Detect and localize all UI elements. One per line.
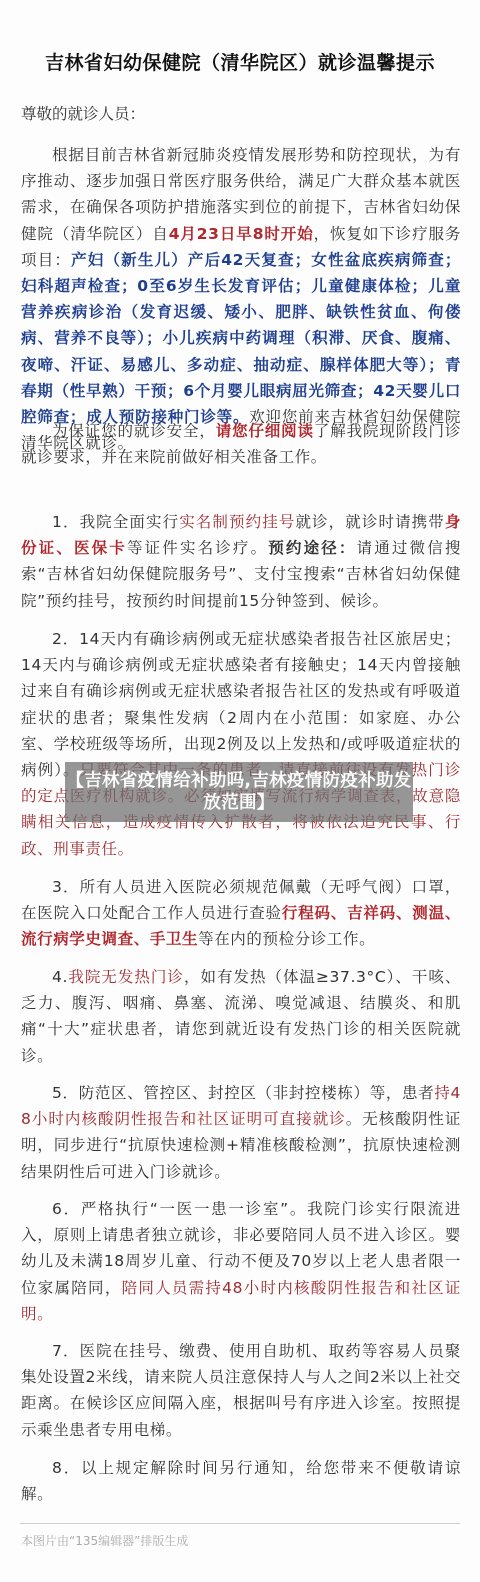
- document-title: 吉林省妇幼保健院（清华院区）就诊温馨提示: [0, 48, 480, 75]
- item-8: 8．以上规定解除时间另行通知，给您带来不便敬请谅解。: [21, 1455, 461, 1507]
- reopen-date-highlight: 4月23日早8时开始: [169, 225, 314, 243]
- booking-channel-label: 预约途径：: [268, 539, 356, 557]
- item-2-text: 2．14天内有确诊病例或无症状感染者报告社区旅居史；14天内与确诊病例或无症状感…: [21, 630, 461, 779]
- item-1-text-2: 就诊，就诊时请携带: [295, 513, 444, 531]
- no-fever-clinic-highlight: 我院无发热门诊: [68, 968, 184, 986]
- realname-registration-highlight: 实名制预约挂号: [179, 513, 295, 531]
- footer-divider: [20, 1523, 460, 1524]
- item-1-text: 1．我院全面实行: [52, 513, 179, 531]
- item-4-number: 4.: [52, 968, 68, 986]
- item-3: 3．所有人员进入医院必须规范佩戴（无呼气阀）口罩，在医院入口处配合工作人员进行查…: [21, 874, 461, 953]
- safety-text: 为保证您的就诊安全，: [52, 422, 216, 440]
- read-carefully-highlight: 请您仔细阅读: [216, 422, 314, 440]
- item-2: 2．14天内有确诊病例或无症状感染者报告社区旅居史；14天内与确诊病例或无症状感…: [21, 626, 461, 862]
- item-1: 1．我院全面实行实名制预约挂号就诊，就诊时请携带身份证、医保卡等证件实名诊疗。预…: [21, 509, 461, 614]
- item-4: 4.我院无发热门诊，如有发热（体温≥37.3°C）、干咳、乏力、腹泻、咽痛、鼻塞…: [21, 964, 461, 1069]
- notice-document: 吉林省妇幼保健院（清华院区）就诊温馨提示 尊敬的就诊人员： 根据目前吉林省新冠肺…: [0, 0, 480, 1582]
- item-7-text: 7．医院在挂号、缴费、使用自助机、取药等容易人员聚集处设置2米线，请来院人员注意…: [21, 1342, 461, 1439]
- read-carefully-paragraph: 为保证您的就诊安全，请您仔细阅读了解我院现阶段门诊就诊要求，并在来院前做好相关准…: [21, 418, 461, 470]
- item-1-text-3: 等证件实名诊疗。: [127, 539, 268, 557]
- item-3-text-2: 等在内的预检分诊工作。: [198, 930, 375, 948]
- services-list-highlight: 产妇（新生儿）产后42天复查；女性盆底疾病筛查；妇科超声检查；0至6岁生长发育评…: [21, 251, 461, 426]
- item-6: 6．严格执行“一医一患一诊室”。我院门诊实行限流进入，原则上请患者独立就诊，非必…: [21, 1196, 461, 1327]
- salutation: 尊敬的就诊人员：: [21, 102, 145, 124]
- item-7: 7．医院在挂号、缴费、使用自助机、取药等容易人员聚集处设置2米线，请来院人员注意…: [21, 1338, 461, 1443]
- item-5-text: 5．防范区、管控区、封控区（非封控楼栋）等，患者: [52, 1084, 434, 1102]
- overlay-banner: 【吉林省疫情给补助吗,吉林疫情防疫补助发放范围】: [65, 762, 413, 822]
- intro-paragraph: 根据目前吉林省新冠肺炎疫情发展形势和防控现状，为有序推动、逐步加强日常医疗服务供…: [21, 142, 461, 456]
- editor-credit: 本图片由“135编辑器”排版生成: [21, 1532, 188, 1549]
- item-8-text: 8．以上规定解除时间另行通知，给您带来不便敬请谅解。: [21, 1459, 461, 1503]
- item-5: 5．防范区、管控区、封控区（非封控楼栋）等，患者持48小时内核酸阴性报告和社区证…: [21, 1080, 461, 1185]
